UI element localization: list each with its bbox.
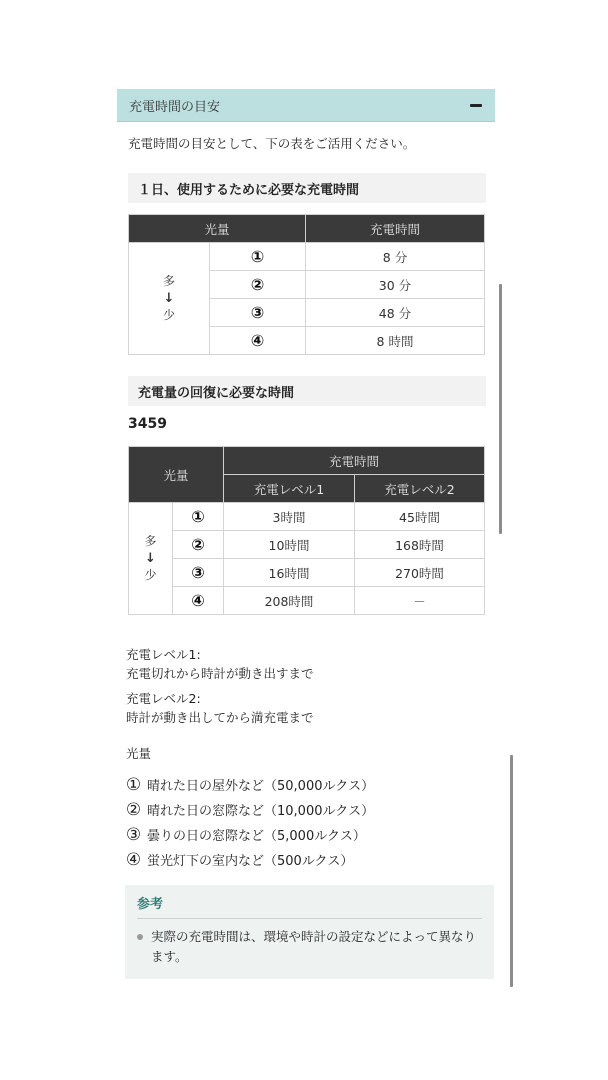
scale-top: 多: [129, 273, 209, 290]
list-item: ①晴れた日の屋外など（50,000ルクス）: [125, 772, 374, 797]
level-desc: 晴れた日の窓際など（10,000ルクス）: [147, 800, 374, 819]
caliber-code: 3459: [128, 416, 167, 432]
daily-charge-table: 光量 充電時間 多 ↓ 少 ① 8 分 ② 30 分 ③ 48 分 ④ 8 時間: [128, 214, 485, 355]
charge-level-2-time: －: [355, 587, 485, 615]
accordion-title: 充電時間の目安: [129, 96, 220, 115]
level-desc: 曇りの日の窓際など（5,000ルクス）: [147, 825, 366, 844]
light-legend-title: 光量: [126, 744, 151, 762]
charge-time: 30 分: [306, 271, 485, 299]
arrow-down-icon: ↓: [129, 550, 172, 567]
scale-bottom: 少: [129, 567, 172, 584]
section-heading-daily-charge: １日、使用するために必要な充電時間: [128, 173, 486, 203]
header-charge-level-2: 充電レベル2: [355, 475, 485, 503]
table-header-row: 光量 充電時間: [129, 215, 485, 243]
table-scrollbar[interactable]: [499, 284, 502, 534]
level-number: ②: [125, 800, 142, 820]
table-row: ③ 16時間 270時間: [129, 559, 485, 587]
page-scrollbar[interactable]: [510, 755, 513, 987]
charge-level-1-time: 3時間: [224, 503, 355, 531]
table-row: ② 10時間 168時間: [129, 531, 485, 559]
light-level: ①: [210, 243, 306, 271]
level-number: ③: [125, 825, 142, 845]
charge-level-2-time: 45時間: [355, 503, 485, 531]
light-level: ④: [173, 587, 224, 615]
header-charge-time: 充電時間: [224, 447, 485, 475]
list-item: ④蛍光灯下の室内など（500ルクス）: [125, 847, 374, 872]
level-desc: 蛍光灯下の室内など（500ルクス）: [147, 850, 353, 869]
list-item: ③曇りの日の窓際など（5,000ルクス）: [125, 822, 374, 847]
scale-top: 多: [129, 533, 172, 550]
bullet-icon: [137, 934, 143, 940]
reference-title: 参考: [137, 893, 482, 919]
charge-level-notes: 充電レベル1: 充電切れから時計が動き出すまで 充電レベル2: 時計が動き出して…: [126, 645, 314, 727]
table-row: 多 ↓ 少 ① 8 分: [129, 243, 485, 271]
page: 充電時間の目安 充電時間の目安として、下の表をご活用ください。 １日、使用するた…: [0, 0, 608, 1080]
header-light: 光量: [129, 215, 306, 243]
light-level: ②: [173, 531, 224, 559]
note-term: 充電レベル1:: [126, 645, 314, 664]
scale-bottom: 少: [129, 307, 209, 324]
header-charge-time: 充電時間: [306, 215, 485, 243]
section-heading-recovery-time: 充電量の回復に必要な時間: [128, 376, 486, 406]
light-level: ③: [173, 559, 224, 587]
note-desc: 時計が動き出してから満充電まで: [126, 708, 314, 727]
level-desc: 晴れた日の屋外など（50,000ルクス）: [147, 775, 374, 794]
header-light: 光量: [129, 447, 224, 503]
light-scale: 多 ↓ 少: [129, 243, 210, 355]
light-level: ④: [210, 327, 306, 355]
note-term: 充電レベル2:: [126, 689, 314, 708]
light-scale: 多 ↓ 少: [129, 503, 173, 615]
level-number: ①: [125, 775, 142, 795]
intro-text: 充電時間の目安として、下の表をご活用ください。: [128, 134, 415, 152]
reference-text: 実際の充電時間は、環境や時計の設定などによって異なります。: [151, 927, 482, 967]
charge-level-1-time: 10時間: [224, 531, 355, 559]
reference-item: 実際の充電時間は、環境や時計の設定などによって異なります。: [137, 927, 482, 967]
list-item: ②晴れた日の窓際など（10,000ルクス）: [125, 797, 374, 822]
table-row: 多 ↓ 少 ① 3時間 45時間: [129, 503, 485, 531]
recovery-time-table: 光量 充電時間 充電レベル1 充電レベル2 多 ↓ 少 ① 3時間 45時間 ②…: [128, 446, 485, 615]
header-charge-level-1: 充電レベル1: [224, 475, 355, 503]
light-level: ②: [210, 271, 306, 299]
table-header-row: 光量 充電時間: [129, 447, 485, 475]
light-legend-list: ①晴れた日の屋外など（50,000ルクス） ②晴れた日の窓際など（10,000ル…: [125, 772, 374, 872]
charge-time: 8 時間: [306, 327, 485, 355]
charge-time: 8 分: [306, 243, 485, 271]
note-desc: 充電切れから時計が動き出すまで: [126, 664, 314, 683]
table-row: ④ 208時間 －: [129, 587, 485, 615]
level-number: ④: [125, 850, 142, 870]
charge-time: 48 分: [306, 299, 485, 327]
arrow-down-icon: ↓: [129, 290, 209, 307]
charge-level-1-time: 16時間: [224, 559, 355, 587]
charge-level-2-time: 168時間: [355, 531, 485, 559]
minus-icon[interactable]: [470, 104, 482, 107]
accordion-header-charging-time[interactable]: 充電時間の目安: [117, 89, 495, 122]
reference-box: 参考 実際の充電時間は、環境や時計の設定などによって異なります。: [125, 885, 494, 979]
charge-level-1-time: 208時間: [224, 587, 355, 615]
charge-level-2-time: 270時間: [355, 559, 485, 587]
light-level: ①: [173, 503, 224, 531]
light-level: ③: [210, 299, 306, 327]
